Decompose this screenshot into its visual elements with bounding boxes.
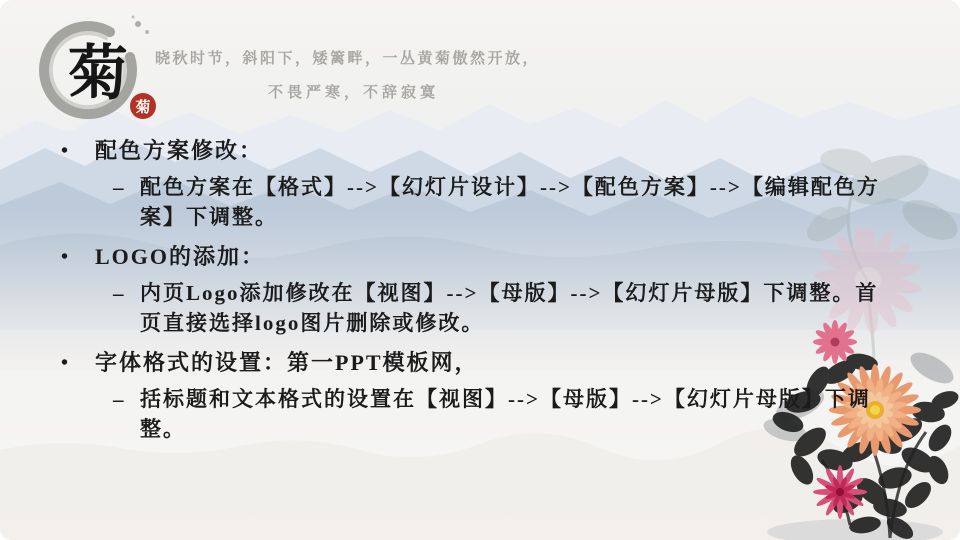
bullet-title-text: 配色方案修改：	[95, 138, 263, 163]
bullet-title-text: 字体格式的设置：第一PPT模板网，	[95, 350, 479, 375]
dash-bullet-icon: –	[113, 172, 124, 202]
dash-bullet-icon: –	[113, 278, 124, 308]
bullet-title: • 字体格式的设置：第一PPT模板网，	[55, 346, 935, 380]
seal-character: 菊	[135, 98, 150, 116]
bullet-item: • LOGO的添加： – 内页Logo添加修改在【视图】-->【母版】-->【幻…	[55, 240, 935, 338]
tagline-line2: 不畏严寒，不辞寂寞	[268, 81, 439, 102]
bullet-dot-icon: •	[61, 346, 68, 380]
chrysanthemum-logo: 菊 菊	[26, 10, 166, 128]
bullet-title: • LOGO的添加：	[55, 240, 935, 274]
bullet-dot-icon: •	[61, 134, 68, 168]
bullet-subtext: – 内页Logo添加修改在【视图】-->【母版】-->【幻灯片母版】下调整。首页…	[55, 278, 885, 338]
presentation-slide: 菊 菊 晓秋时节，斜阳下，矮篱畔，一丛黄菊傲然开放， 不畏严寒，不辞寂寞 • 配…	[0, 0, 960, 540]
bullet-title-text: LOGO的添加：	[95, 244, 265, 269]
bullet-dot-icon: •	[61, 240, 68, 274]
bullet-sub-text: 括标题和文本格式的设置在【视图】-->【母版】-->【幻灯片母版】下调整。	[140, 387, 871, 441]
bullet-title: • 配色方案修改：	[55, 134, 935, 168]
ink-splatter-icon	[135, 21, 141, 27]
bullet-subtext: – 配色方案在【格式】-->【幻灯片设计】-->【配色方案】-->【编辑配色方案…	[55, 172, 885, 232]
logo-character: 菊	[68, 41, 128, 107]
slide-body: • 配色方案修改： – 配色方案在【格式】-->【幻灯片设计】-->【配色方案】…	[55, 128, 935, 452]
bullet-item: • 字体格式的设置：第一PPT模板网， – 括标题和文本格式的设置在【视图】--…	[55, 346, 935, 444]
bullet-sub-text: 配色方案在【格式】-->【幻灯片设计】-->【配色方案】-->【编辑配色方案】下…	[140, 175, 880, 229]
tagline-line1: 晓秋时节，斜阳下，矮篱畔，一丛黄菊傲然开放，	[155, 47, 540, 68]
bullet-sub-text: 内页Logo添加修改在【视图】-->【母版】-->【幻灯片母版】下调整。首页直接…	[140, 281, 878, 335]
dash-bullet-icon: –	[113, 384, 124, 414]
bullet-item: • 配色方案修改： – 配色方案在【格式】-->【幻灯片设计】-->【配色方案】…	[55, 134, 935, 232]
red-seal-stamp: 菊	[130, 93, 156, 119]
bullet-subtext: – 括标题和文本格式的设置在【视图】-->【母版】-->【幻灯片母版】下调整。	[55, 384, 885, 444]
